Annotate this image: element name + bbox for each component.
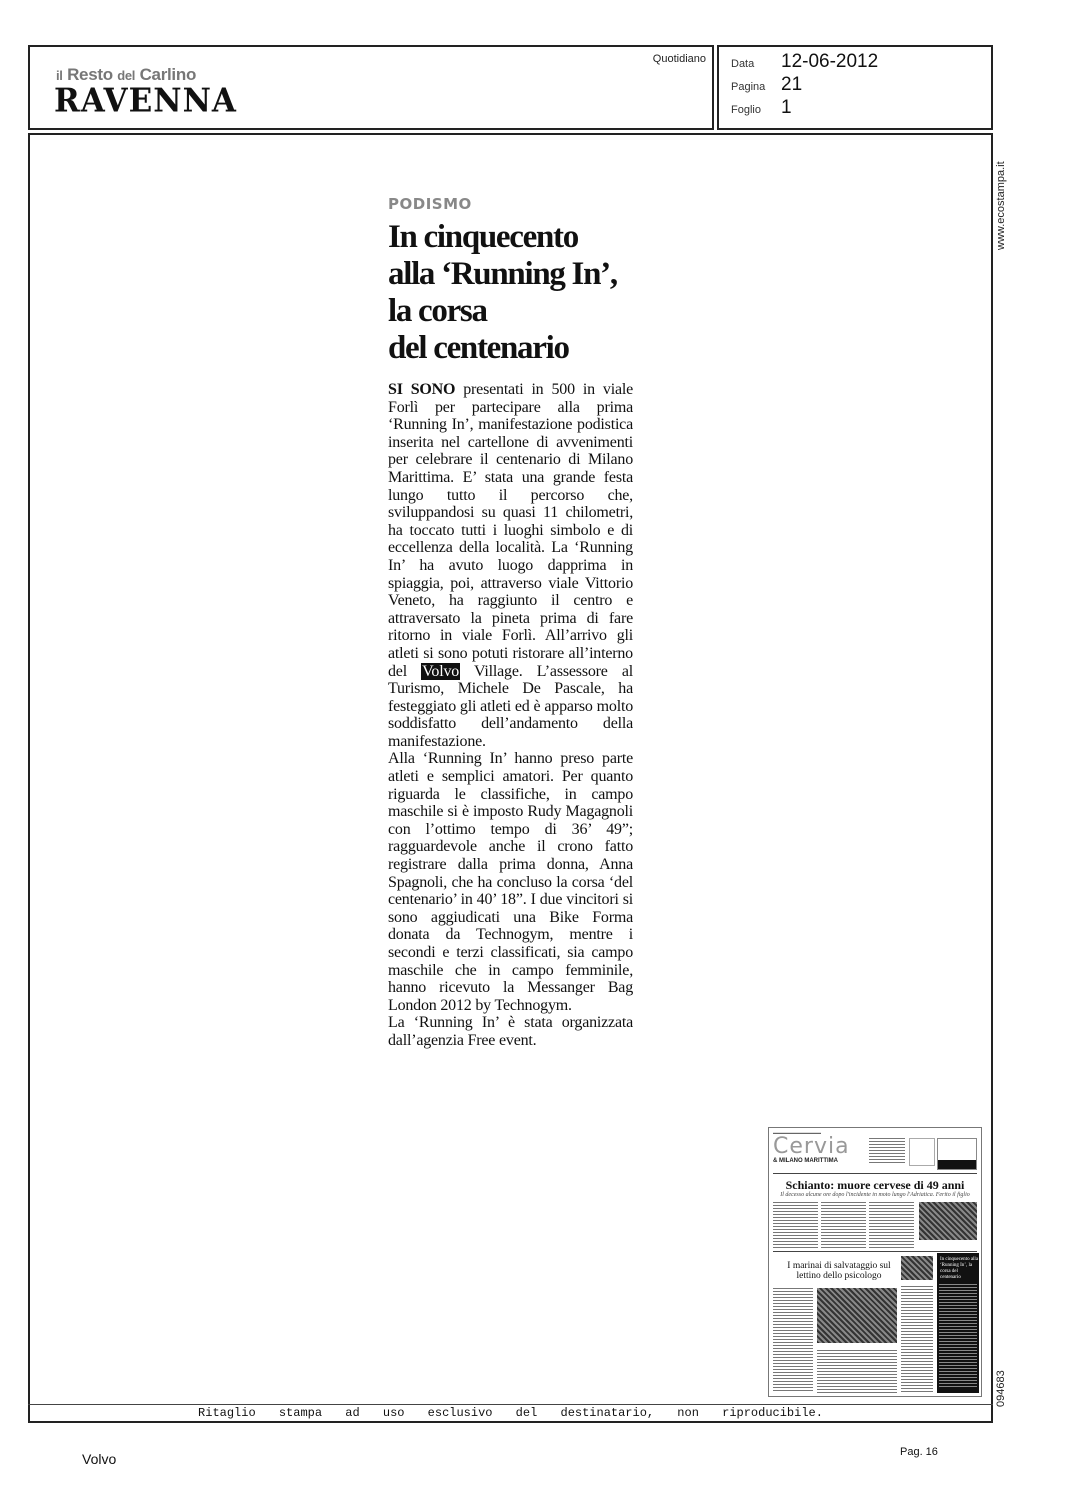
thumb-headline-2: I marinai di salvataggio sul lettino del… [779, 1261, 899, 1281]
date-value: 12-06-2012 [781, 51, 878, 73]
lead-in: SI SONO [388, 381, 455, 398]
sheet-value: 1 [781, 97, 792, 119]
edition-title: RAVENNA [54, 82, 237, 120]
page-number: Pag. 16 [900, 1446, 938, 1458]
page-row: Pagina 21 [731, 74, 802, 96]
side-code: 094683 [995, 1352, 1011, 1407]
thumb-photo [919, 1202, 977, 1240]
copyright-notice: Ritaglio stampa ad uso esclusivo del des… [28, 1406, 993, 1420]
sheet-label: Foglio [731, 104, 781, 116]
masthead: il Resto del Carlino RAVENNA Quotidiano [28, 45, 714, 130]
date-row: Data 12-06-2012 [731, 51, 878, 73]
article-kicker: PODISMO [388, 195, 633, 213]
page-value: 21 [781, 74, 802, 96]
article-headline: In cinquecento alla ‘Running In’, la cor… [388, 219, 633, 367]
thumb-subheadline: Il decesso alcune ore dopo l'incidente i… [769, 1192, 981, 1198]
paragraph-1: SI SONO presentati in 500 in viale Forlì… [388, 381, 633, 750]
side-url: www.ecostampa.it [995, 150, 1011, 250]
article-body: SI SONO presentati in 500 in viale Forlì… [388, 381, 633, 1050]
thumb-logo [937, 1138, 977, 1170]
footer-divider [28, 1404, 993, 1405]
thumb-photo-2 [817, 1288, 897, 1343]
date-label: Data [731, 58, 781, 70]
highlighted-keyword: Volvo [421, 663, 460, 680]
article: PODISMO In cinquecento alla ‘Running In’… [388, 195, 633, 1050]
thumb-sidebar-article: In cinquecento alla ‘Running In’, la cor… [937, 1253, 979, 1393]
page-thumbnail: ▬▬▬▬▬▬▬▬▬▬▬▬ Cervia & MILANO MARITTIMA S… [768, 1127, 982, 1397]
thumb-subsection: & MILANO MARITTIMA [773, 1158, 838, 1164]
paragraph-2: Alla ‘Running In’ hanno preso parte atle… [388, 750, 633, 1014]
thumb-section-title: Cervia [773, 1134, 850, 1159]
page-label: Pagina [731, 81, 781, 93]
publication-type: Quotidiano [653, 53, 706, 65]
sheet-row: Foglio 1 [731, 97, 792, 119]
metadata-box: Data 12-06-2012 Pagina 21 Foglio 1 [717, 45, 993, 130]
thumb-ad [909, 1138, 935, 1166]
paragraph-3: La ‘Running In’ è stata organizzata dall… [388, 1014, 633, 1049]
client-name: Volvo [82, 1451, 116, 1467]
thumb-headline: Schianto: muore cervese di 49 anni [769, 1178, 981, 1193]
